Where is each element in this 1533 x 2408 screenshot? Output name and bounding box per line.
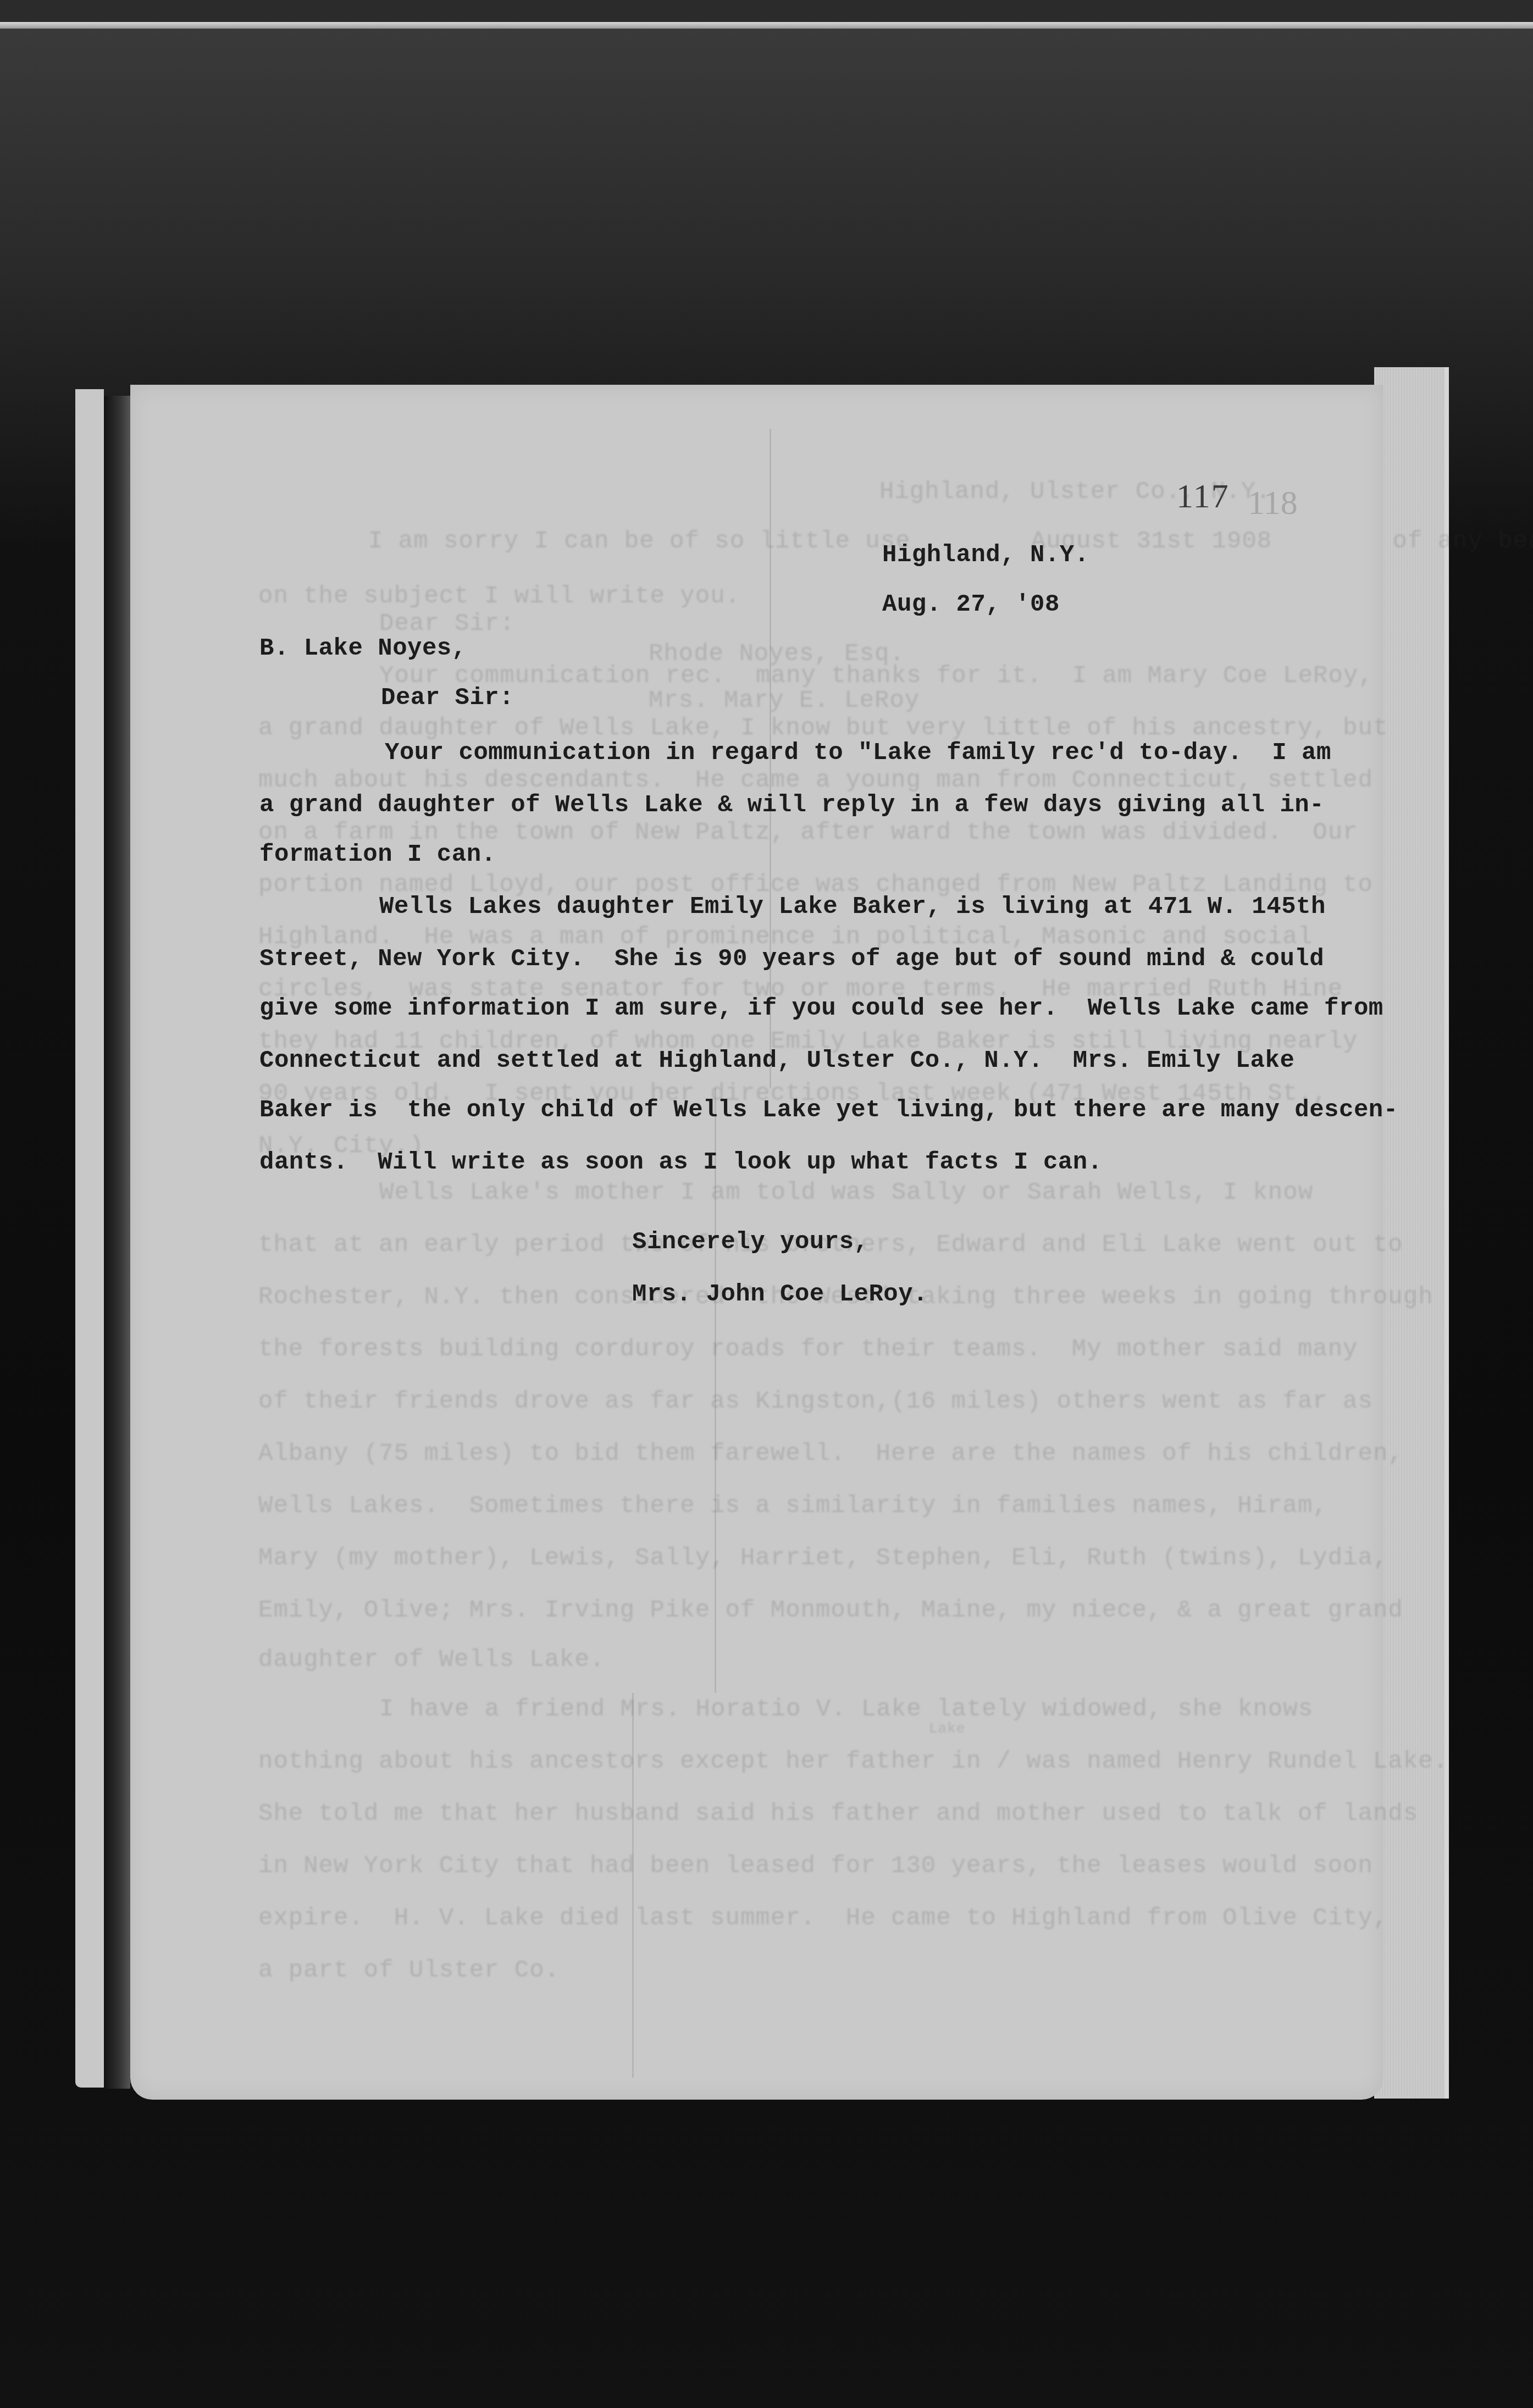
book-gutter — [104, 396, 130, 2089]
letter-body-line: Baker is the only child of Wells Lake ye… — [259, 1097, 1398, 1124]
bleed-line: a part of Ulster Co. — [258, 1957, 560, 1984]
bleed-line: Dear Sir: — [379, 610, 515, 638]
bleed-line: Mrs. Mary E. LeRoy — [649, 687, 920, 715]
previous-page-edge — [75, 389, 104, 2088]
letter-body-line: formation I can. — [259, 841, 496, 868]
letter-body-line: a grand daughter of Wells Lake & will re… — [259, 791, 1324, 819]
bleed-line: the forests building corduroy roads for … — [258, 1336, 1358, 1363]
letter-date: Aug. 27, '08 — [882, 591, 1060, 618]
bleed-line: Your communication rec. many thanks for … — [379, 662, 1374, 690]
letter-recipient: B. Lake Noyes, — [259, 635, 467, 662]
bleed-line: Wells Lake's mother I am told was Sally … — [379, 1179, 1313, 1206]
bleed-line: I have a friend Mrs. Horatio V. Lake lat… — [379, 1696, 1313, 1723]
bleed-line: expire. H. V. Lake died last summer. He … — [258, 1905, 1388, 1932]
letter-body-line: Your communication in regard to "Lake fa… — [385, 739, 1331, 767]
letter-place: Highland, N.Y. — [882, 541, 1089, 569]
bleed-line: in New York City that had been leased fo… — [258, 1852, 1373, 1880]
bleed-line: on the subject I will write you. — [258, 583, 740, 610]
page-number: 117 — [1176, 477, 1230, 516]
bleed-line: Wells Lakes. Sometimes there is a simila… — [258, 1492, 1328, 1520]
letter-body-line: Street, New York City. She is 90 years o… — [259, 945, 1324, 973]
bleed-line: Mary (my mother), Lewis, Sally, Harriet,… — [258, 1545, 1388, 1572]
bleed-line: much about his descendants. He came a yo… — [258, 767, 1373, 794]
letter-closing: Sincerely yours, — [632, 1228, 868, 1256]
bleed-line: a grand daughter of Wells Lake, I know b… — [258, 715, 1388, 742]
scan-top-strip — [0, 0, 1533, 22]
bleed-line: She told me that her husband said his fa… — [258, 1800, 1418, 1828]
bleed-line: Emily, Olive; Mrs. Irving Pike of Monmou… — [258, 1597, 1403, 1624]
bleed-line: of their friends drove as far as Kingsto… — [258, 1388, 1373, 1415]
bleed-line: Albany (75 miles) to bid them farewell. … — [258, 1440, 1403, 1468]
page-number-ghost: 118 — [1248, 484, 1298, 523]
bleed-line: nothing about his ancestors except her f… — [258, 1748, 1448, 1775]
bleed-line: daughter of Wells Lake. — [258, 1646, 605, 1674]
bleed-line: Lake — [929, 1720, 965, 1737]
letter-salutation: Dear Sir: — [381, 684, 514, 712]
letter-body-line: Connecticut and settled at Highland, Uls… — [259, 1047, 1294, 1075]
letter-body-line: Wells Lakes daughter Emily Lake Baker, i… — [379, 893, 1326, 921]
letter-body-line: dants. Will write as soon as I look up w… — [259, 1149, 1103, 1176]
letter-signature: Mrs. John Coe LeRoy. — [632, 1281, 928, 1308]
letter-body-line: give some information I am sure, if you … — [259, 995, 1383, 1022]
scan-edge-line — [0, 22, 1533, 29]
